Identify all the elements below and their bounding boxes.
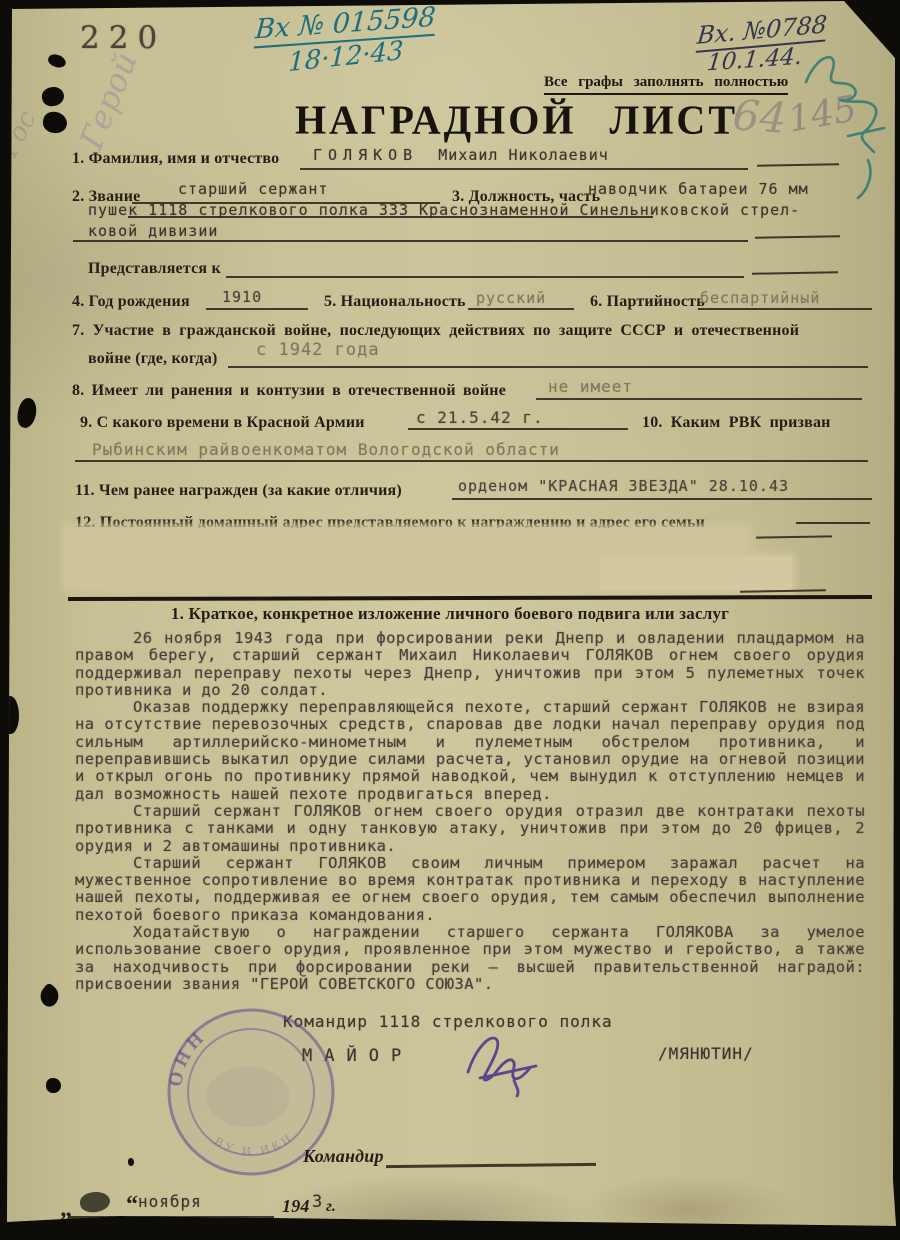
field7-label-line1: 7. Участие в гражданской войне, последую…	[72, 322, 799, 340]
field10-underline	[75, 460, 868, 462]
presented-underline-right	[752, 271, 838, 275]
pencil-word-edge: Гос	[0, 106, 43, 162]
presented-underline	[226, 276, 744, 278]
field6-value: беспартийный	[700, 289, 820, 307]
round-stamp: ОНН ВУ И ИКН	[148, 992, 358, 1202]
date-month: ноября	[138, 1192, 202, 1211]
given-name-text: Михаил Николаевич	[438, 146, 609, 164]
commander-signature	[452, 1018, 562, 1098]
date-year-typed: 3	[312, 1192, 323, 1212]
footer-commander-label: Командир	[303, 1146, 384, 1167]
date-day-underline	[68, 1216, 122, 1219]
redacted-address-block-2	[600, 556, 792, 590]
date-year-suffix: г.	[326, 1198, 336, 1216]
field4-label: 4. Год рождения	[72, 293, 190, 311]
citation-paragraph-3: Старший сержант ГОЛЯКОВ огнем своего ору…	[75, 803, 865, 855]
citation-paragraph-2: Оказав поддержку переправляющейся пехоте…	[75, 699, 865, 803]
citation-heading: 1. Краткое, конкретное изложение личного…	[0, 604, 900, 624]
field5-label: 5. Национальность	[324, 293, 466, 311]
field4-value: 1910	[222, 288, 262, 306]
surname-text: ГОЛЯКОВ	[313, 146, 418, 164]
edge-blot-1	[15, 396, 39, 429]
field6-underline	[698, 308, 872, 310]
presented-label: Представляется к	[88, 260, 221, 278]
field5-value: русский	[476, 289, 546, 307]
date-quote-open: „	[60, 1196, 72, 1223]
redaction-underline-2	[740, 589, 826, 593]
field10-label: 10. Каким РВК призван	[642, 414, 831, 432]
edge-blot-2	[2, 696, 19, 734]
punch-hole-3	[42, 110, 69, 134]
field1-underline	[300, 168, 748, 170]
field12-underline-right	[796, 522, 870, 524]
field6-label: 6. Партийность	[590, 293, 705, 311]
fill-instruction: Все графы заполнять полностью	[544, 74, 788, 95]
date-month-underline	[128, 1216, 274, 1219]
pencil-word-diagonal: Герой	[72, 47, 145, 154]
field4-underline	[206, 308, 308, 310]
field11-underline	[452, 498, 872, 500]
date-quote-close: “	[126, 1192, 138, 1219]
field3-underline-long	[73, 240, 748, 242]
form-title: НАГРАДНОЙ ЛИСТ	[295, 95, 738, 144]
field7-underline	[228, 366, 868, 368]
section-divider	[68, 595, 872, 601]
pencil-mark: 64	[731, 90, 788, 143]
field3-value-line1: наводчик батареи 76 мм	[588, 180, 809, 198]
field3-value-line3: ковой дивизии	[88, 222, 218, 240]
field8-value: не имеет	[548, 377, 633, 396]
speck-1	[128, 1158, 134, 1166]
commander-name: /МЯНЮТИН/	[658, 1044, 754, 1063]
citation-paragraph-1: 26 ноября 1943 года при форсировании рек…	[75, 630, 865, 699]
field7-label-line2: войне (где, когда)	[88, 350, 218, 368]
field9-label: 9. С какого времени в Красной Армии	[80, 414, 365, 432]
field7-value: с 1942 года	[256, 340, 380, 360]
punch-hole-2	[40, 85, 66, 109]
field1-label: 1. Фамилия, имя и отчество	[72, 150, 279, 168]
field8-label: 8. Имеет ли ранения и контузии в отечест…	[72, 382, 506, 400]
footer-commander-underline	[386, 1163, 596, 1168]
field2-value: старший сержант	[178, 180, 328, 198]
field8-underline	[536, 398, 862, 400]
field3-underline-mid	[128, 216, 653, 218]
field3-underline-right	[755, 235, 840, 238]
field11-label: 11. Чем ранее награжден (за какие отличи…	[75, 482, 402, 500]
page-number-stamp: 220	[80, 20, 166, 56]
field5-underline	[468, 308, 574, 310]
paper-sheet: 220 Вх № 015598 18·12·43 Вх. №0788 10.1.…	[0, 0, 900, 1240]
incoming-number-note: Вх № 015598	[254, 2, 437, 46]
edge-blot-4	[46, 1078, 61, 1093]
punch-hole-1	[47, 53, 68, 70]
field1-surname: ГОЛЯКОВ Михаил Николаевич	[313, 146, 609, 164]
redaction-underline-1	[756, 535, 832, 538]
edge-blot-3	[36, 982, 63, 1010]
citation-paragraph-5: Ходатайствую о награждении старшего серж…	[75, 924, 865, 993]
field11-value: орденом "КРАСНАЯ ЗВЕЗДА" 28.10.43	[458, 477, 789, 495]
date-day-ink-blot	[79, 1190, 111, 1214]
citation-body: 26 ноября 1943 года при форсировании рек…	[75, 630, 865, 993]
date-year-printed: 194	[282, 1196, 310, 1217]
document-scan: 220 Вх № 015598 18·12·43 Вх. №0788 10.1.…	[0, 0, 900, 1240]
citation-paragraph-4: Старший сержант ГОЛЯКОВ своим личным при…	[75, 855, 865, 924]
field9-value: с 21.5.42 г.	[416, 408, 544, 427]
field10-value: Рыбинским райвоенкоматом Вологодской обл…	[92, 440, 560, 459]
field9-underline	[408, 428, 628, 430]
